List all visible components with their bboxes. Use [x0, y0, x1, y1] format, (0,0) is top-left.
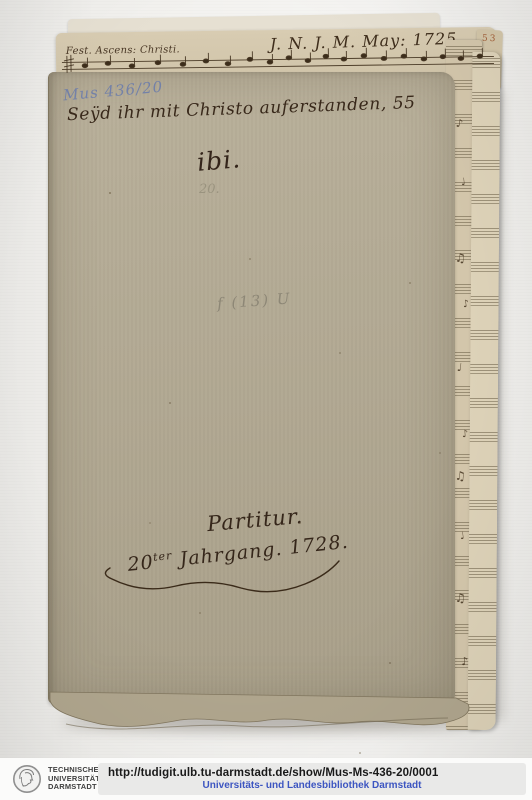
manuscript-photo: Fest. Ascens: Christi. J. N. J. M. May: …	[0, 0, 532, 758]
book-drop-shadow	[62, 714, 478, 730]
music-note-icon: ♫	[455, 252, 467, 265]
music-note-icon: ♪	[462, 300, 470, 311]
tu-darmstadt-wordmark: TECHNISCHE UNIVERSITÄT DARMSTADT	[48, 766, 100, 792]
music-note-icon: ♫	[454, 470, 466, 483]
footer-bar: TECHNISCHE UNIVERSITÄT DARMSTADT http://…	[0, 758, 532, 800]
location-note: ibi.	[196, 144, 242, 177]
shelfmark-annotation: Mus 436/20	[62, 78, 163, 105]
volume-number: 20	[126, 551, 154, 576]
volume-ordinal-suffix: ter	[152, 549, 172, 564]
wordmark-line: DARMSTADT	[48, 783, 100, 792]
composer-date-annotation: J. N. J. M. May: 1725	[270, 29, 458, 54]
score-cover-page: Mus 436/20 Seÿd ihr mit Christo aufersta…	[48, 72, 455, 704]
music-page-edge-outer	[468, 52, 501, 730]
feast-annotation: Fest. Ascens: Christi.	[66, 44, 180, 57]
athena-head-logo-icon	[12, 764, 42, 794]
volume-year-text: Jahrgang. 1728.	[172, 531, 350, 571]
source-url: http://tudigit.ulb.tu-darmstadt.de/show/…	[108, 767, 526, 779]
music-note-icon: ♫	[455, 592, 466, 605]
music-note-icon: ♪	[462, 430, 469, 440]
music-note-icon: ♪	[461, 656, 469, 668]
source-caption-box: http://tudigit.ulb.tu-darmstadt.de/show/…	[98, 763, 526, 795]
volume-year-line: 20ter Jahrgang. 1728.	[126, 530, 349, 575]
pencil-annotation: f (13) U	[216, 289, 292, 312]
score-label: Partitur.	[206, 504, 304, 536]
paper-speckles	[109, 192, 111, 194]
pencil-number: 20.	[199, 182, 220, 197]
library-name: Universitäts- und Landesbibliothek Darms…	[98, 780, 526, 791]
music-note-icon: ♩	[460, 178, 466, 188]
